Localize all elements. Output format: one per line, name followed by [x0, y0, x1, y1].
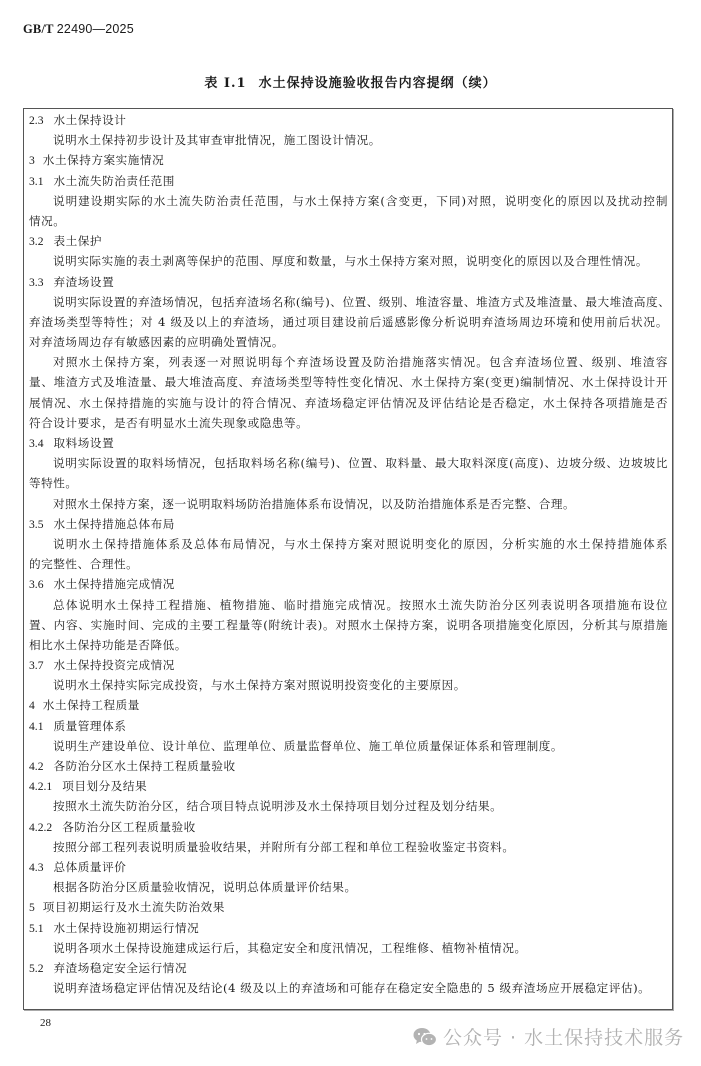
paragraph-continuation: 相比水土保持功能是否降低。: [29, 635, 668, 655]
section-number: 5.2: [29, 959, 44, 978]
subsection-heading: 5.1水土保持设施初期运行情况: [29, 918, 668, 938]
section-heading: 4水土保持工程质量: [29, 695, 668, 715]
section-number: 3.7: [29, 656, 44, 675]
section-title: 水土流失防治责任范围: [54, 174, 175, 188]
subsection-heading: 3.2表土保护: [29, 231, 668, 251]
section-number: 3.5: [29, 515, 44, 534]
paragraph-line: 说明实际设置的弃渣场情况，包括弃渣场名称(编号)、位置、级别、堆渣容量、堆渣方式…: [29, 292, 668, 312]
subsection-heading: 4.2.1项目划分及结果: [29, 776, 668, 796]
subsection-heading: 3.6水土保持措施完成情况: [29, 574, 668, 594]
paragraph-continuation: 置、内容、实施时间、完成的主要工程量等(附统计表)。对照水土保持方案，说明各项措…: [29, 615, 668, 635]
section-number: 4.2: [29, 757, 44, 776]
paragraph-line: 对照水土保持方案，逐一说明取料场防治措施体系布设情况，以及防治措施体系是否完整、…: [29, 494, 668, 514]
paragraph-continuation: 符合设计要求，是否有明显水土流失现象或隐患等。: [29, 413, 668, 433]
paragraph-line: 说明弃渣场稳定评估情况及结论(4 级及以上的弃渣场和可能存在稳定安全隐患的 5 …: [29, 978, 668, 998]
section-number: 5: [29, 898, 35, 917]
section-title: 弃渣场稳定安全运行情况: [54, 961, 188, 975]
section-title: 项目初期运行及水土流失防治效果: [43, 900, 225, 914]
section-number: 3.1: [29, 172, 44, 191]
standard-code: GB/T 22490—2025: [23, 22, 134, 37]
paragraph-continuation: 展情况、水土保持措施的实施与设计的符合情况、弃渣场稳定评估情况及评估结论是否稳定…: [29, 393, 668, 413]
section-heading: 5项目初期运行及水土流失防治效果: [29, 897, 668, 917]
paragraph-continuation: 量、堆渣方式及堆渣量、最大堆渣高度、弃渣场类型等特性变化情况、水土保持方案(变更…: [29, 372, 668, 392]
standard-number: 22490—2025: [57, 22, 134, 36]
content-table: 2.3水土保持设计说明水土保持初步设计及其审查审批情况，施工图设计情况。3水土保…: [23, 108, 673, 1010]
table-label: 表 I.1: [204, 76, 246, 91]
standard-prefix: GB/T: [23, 22, 53, 36]
watermark: 公众号 · 水土保持技术服务: [413, 1023, 684, 1050]
section-title: 各防治分区水土保持工程质量验收: [54, 759, 236, 773]
section-title: 质量管理体系: [54, 719, 127, 733]
subsection-heading: 4.1质量管理体系: [29, 716, 668, 736]
subsection-heading: 4.3总体质量评价: [29, 857, 668, 877]
section-heading: 3水土保持方案实施情况: [29, 150, 668, 170]
table-title-text: 水土保持设施验收报告内容提纲（续）: [259, 76, 497, 91]
section-number: 4: [29, 696, 35, 715]
subsection-heading: 4.2.2各防治分区工程质量验收: [29, 817, 668, 837]
section-title: 水土保持投资完成情况: [54, 658, 175, 672]
section-number: 4.2.1: [29, 777, 52, 796]
paragraph-continuation: 等特性。: [29, 473, 668, 493]
paragraph-line: 根据各防治分区质量验收情况，说明总体质量评价结果。: [29, 877, 668, 897]
paragraph-line: 说明水土保持措施体系及总体布局情况，与水土保持方案对照说明变化的原因，分析实施的…: [29, 534, 668, 554]
section-title: 总体质量评价: [54, 860, 127, 874]
paragraph-continuation: 弃渣场类型等特性；对 4 级及以上的弃渣场，通过项目建设前后遥感影像分析说明弃渣…: [29, 312, 668, 332]
subsection-heading: 3.3弃渣场设置: [29, 272, 668, 292]
subsection-heading: 5.2弃渣场稳定安全运行情况: [29, 958, 668, 978]
paragraph-line: 说明水土保持实际完成投资，与水土保持方案对照说明投资变化的主要原因。: [29, 675, 668, 695]
paragraph-line: 按照分部工程列表说明质量验收结果，并附所有分部工程和单位工程验收鉴定书资料。: [29, 837, 668, 857]
subsection-heading: 3.5水土保持措施总体布局: [29, 514, 668, 534]
paragraph-continuation: 的完整性、合理性。: [29, 554, 668, 574]
paragraph-line: 按照水土流失防治分区，结合项目特点说明涉及水土保持项目划分过程及划分结果。: [29, 796, 668, 816]
paragraph-line: 总体说明水土保持工程措施、植物措施、临时措施完成情况。按照水土流失防治分区列表说…: [29, 595, 668, 615]
wechat-icon: [413, 1027, 437, 1047]
subsection-heading: 2.3水土保持设计: [29, 110, 668, 130]
section-title: 弃渣场设置: [54, 275, 115, 289]
section-number: 3.3: [29, 273, 44, 292]
subsection-heading: 3.1水土流失防治责任范围: [29, 171, 668, 191]
table-title: 表 I.1水土保持设施验收报告内容提纲（续）: [0, 72, 701, 91]
section-number: 5.1: [29, 919, 44, 938]
section-title: 水土保持方案实施情况: [43, 153, 164, 167]
section-number: 3: [29, 151, 35, 170]
subsection-heading: 3.4取料场设置: [29, 433, 668, 453]
section-title: 水土保持措施总体布局: [54, 517, 175, 531]
paragraph-continuation: 对弃渣场周边存有敏感因素的应明确处置情况。: [29, 332, 668, 352]
section-number: 4.1: [29, 717, 44, 736]
subsection-heading: 4.2各防治分区水土保持工程质量验收: [29, 756, 668, 776]
page-number: 28: [40, 1017, 51, 1029]
section-number: 3.6: [29, 575, 44, 594]
paragraph-line: 说明水土保持初步设计及其审查审批情况，施工图设计情况。: [29, 130, 668, 150]
section-title: 水土保持设计: [54, 113, 127, 127]
paragraph-line: 说明实际实施的表土剥离等保护的范围、厚度和数量，与水土保持方案对照，说明变化的原…: [29, 251, 668, 271]
watermark-text: 公众号 · 水土保持技术服务: [443, 1023, 684, 1050]
subsection-heading: 3.7水土保持投资完成情况: [29, 655, 668, 675]
paragraph-line: 说明建设期实际的水土流失防治责任范围，与水土保持方案(含变更，下同)对照，说明变…: [29, 191, 668, 211]
section-number: 4.2.2: [29, 818, 52, 837]
section-number: 4.3: [29, 858, 44, 877]
section-title: 水土保持工程质量: [43, 698, 140, 712]
section-title: 水土保持措施完成情况: [54, 577, 175, 591]
section-title: 表土保护: [54, 234, 103, 248]
content-lines: 2.3水土保持设计说明水土保持初步设计及其审查审批情况，施工图设计情况。3水土保…: [29, 110, 668, 998]
section-title: 取料场设置: [54, 436, 115, 450]
paragraph-line: 对照水土保持方案，列表逐一对照说明每个弃渣场设置及防治措施落实情况。包含弃渣场位…: [29, 352, 668, 372]
section-title: 各防治分区工程质量验收: [62, 820, 196, 834]
section-number: 3.2: [29, 232, 44, 251]
paragraph-continuation: 情况。: [29, 211, 668, 231]
section-title: 项目划分及结果: [62, 779, 147, 793]
paragraph-line: 说明实际设置的取料场情况，包括取料场名称(编号)、位置、取料量、最大取料深度(高…: [29, 453, 668, 473]
paragraph-line: 说明生产建设单位、设计单位、监理单位、质量监督单位、施工单位质量保证体系和管理制…: [29, 736, 668, 756]
section-title: 水土保持设施初期运行情况: [54, 921, 200, 935]
section-number: 2.3: [29, 111, 44, 130]
section-number: 3.4: [29, 434, 44, 453]
paragraph-line: 说明各项水土保持设施建成运行后，其稳定安全和度汛情况，工程维修、植物补植情况。: [29, 938, 668, 958]
